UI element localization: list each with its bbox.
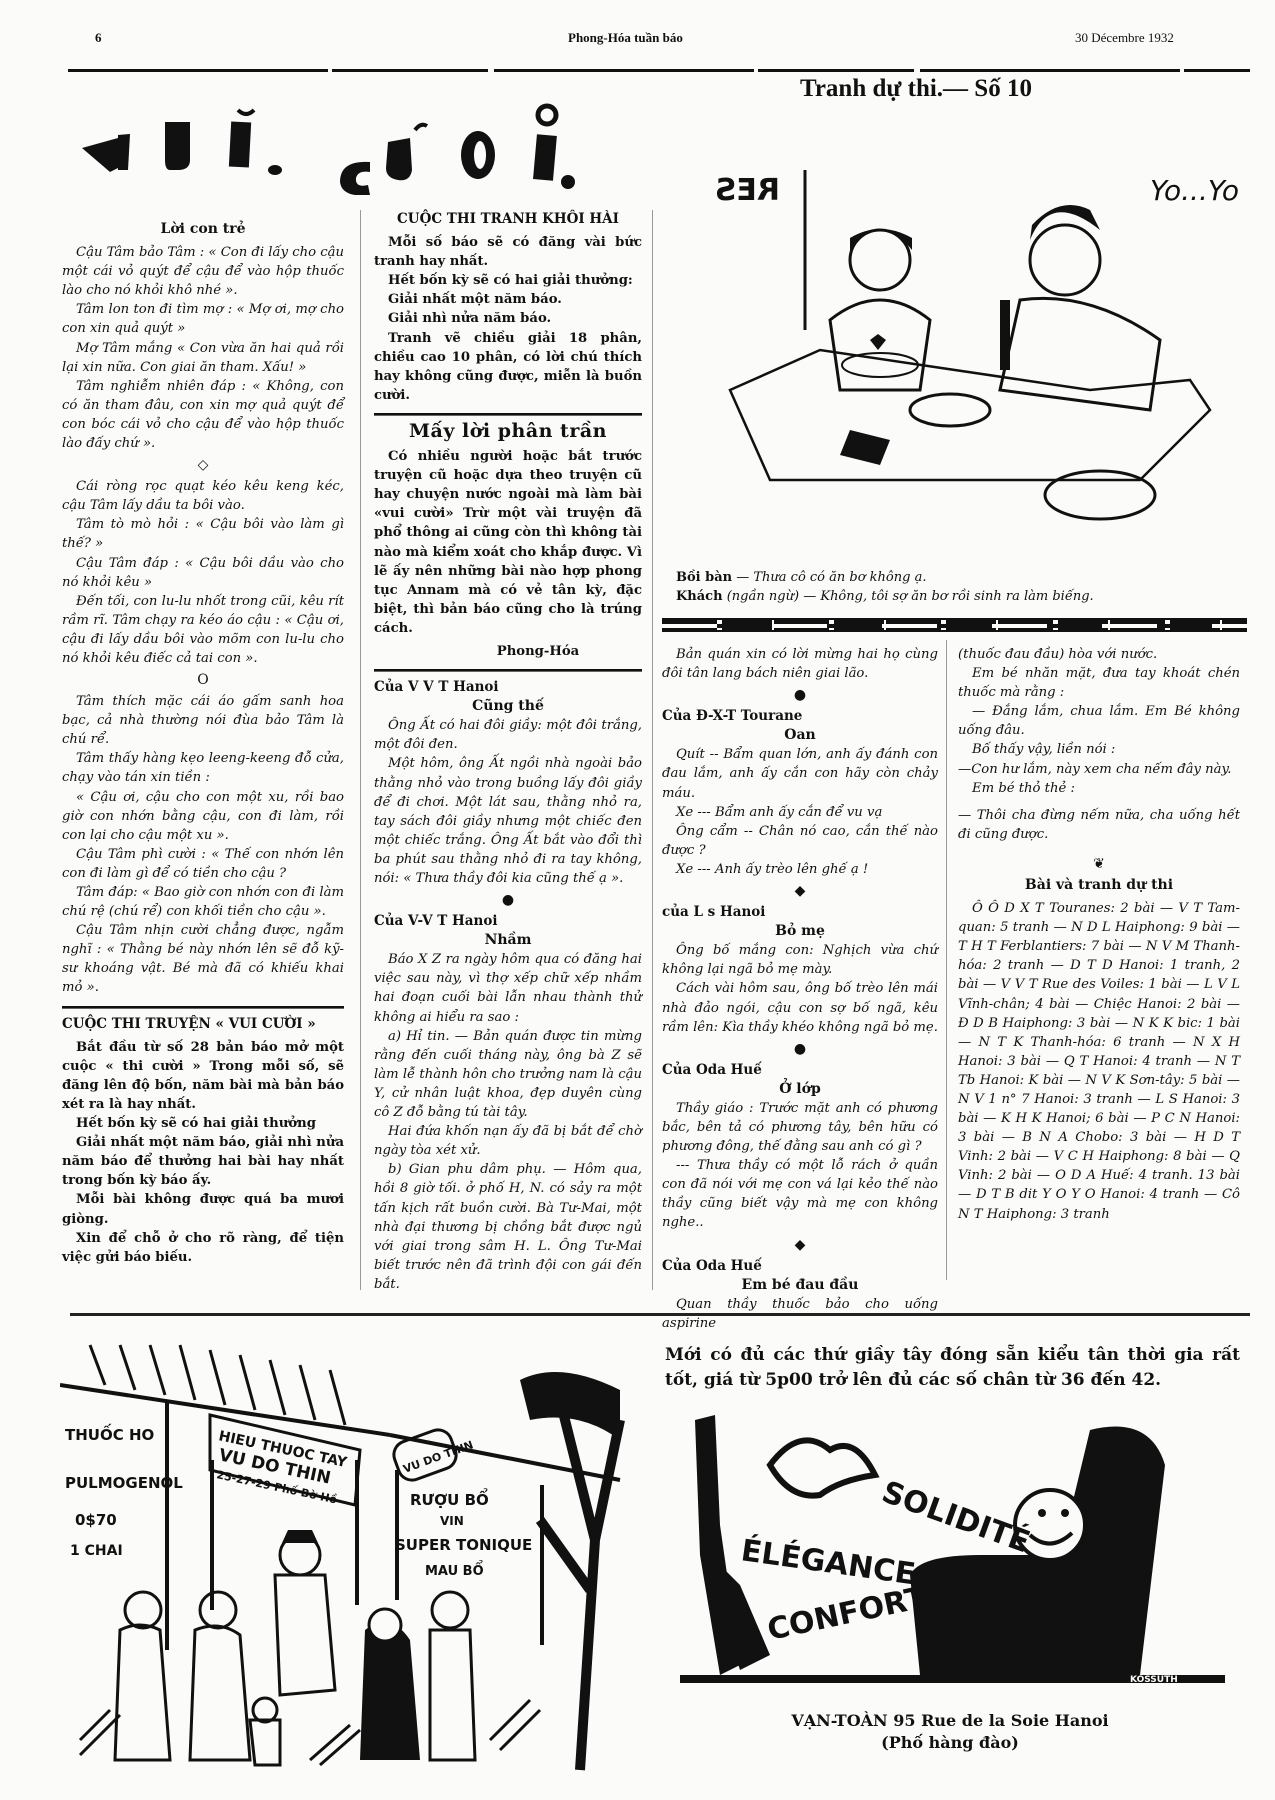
paragraph: Tâm nghiễm nhiên đáp : « Không, con có ă… <box>62 377 344 453</box>
header-rule <box>68 69 1250 72</box>
ornament-diamond-icon: ◇ <box>62 455 344 475</box>
paragraph: Xe --- Anh ấy trèo lên ghế ạ ! <box>662 860 938 879</box>
paragraph: Cậu Tâm nhịn cười chẳng được, ngẫm nghĩ … <box>62 921 344 997</box>
notice-title: Mấy lời phân trần <box>374 422 642 441</box>
svg-text:VIN: VIN <box>440 1514 464 1528</box>
ad-pharmacy-vu-do-thin: HIEU THUOC TAY VU DO THIN 25-27-29 Phố B… <box>60 1340 630 1780</box>
story-title: Bỏ mẹ <box>662 922 938 941</box>
paragraph: --- Thưa thầy có một lỗ rách ở quần con … <box>662 1156 938 1232</box>
paragraph: — Thôi cha đừng nếm nữa, cha uống hết đi… <box>958 806 1240 844</box>
story-title: Cũng thế <box>374 697 642 716</box>
caption-speaker: Bồi bàn <box>676 570 732 585</box>
ornament-diamond-icon: ◆ <box>662 881 938 901</box>
paragraph: Bắt đầu từ số 28 bản báo mở một cuộc « t… <box>62 1038 344 1114</box>
paragraph: Đến tối, con lu-lu nhốt trong cũi, kêu r… <box>62 592 344 668</box>
story-byline: Của V-V T Hanoi <box>374 912 642 931</box>
page-number: 6 <box>95 30 102 46</box>
svg-text:0$70: 0$70 <box>75 1511 117 1529</box>
story-byline: Của Oda Huế <box>662 1257 938 1276</box>
paragraph: Cậu Tâm đáp : « Cậu bôi dầu vào cho nó k… <box>62 554 344 592</box>
ad-shoes-headline: Mới có đủ các thứ giầy tây đóng sẵn kiểu… <box>665 1343 1240 1393</box>
paragraph: Tâm lon ton đi tìm mợ : « Mợ ơi, mợ cho … <box>62 300 344 338</box>
ornament-diamond-icon: ◆ <box>662 1235 938 1255</box>
paragraph: Quít -- Bẩm quan lớn, anh ấy đánh con đa… <box>662 745 938 802</box>
paragraph: Mỗi bài không được quá ba mươi giòng. <box>62 1190 344 1228</box>
svg-text:MAU BỔ: MAU BỔ <box>425 1561 484 1579</box>
story-title: Oan <box>662 726 938 745</box>
story-title: Ở lớp <box>662 1080 938 1099</box>
paragraph: Giải nhất một năm báo, giải nhì nửa năm … <box>62 1133 344 1190</box>
svg-text:ÉLÉGANCE: ÉLÉGANCE <box>739 1532 918 1592</box>
paragraph: (thuốc đau đầu) hòa với nước. <box>958 645 1240 664</box>
ornamental-divider <box>662 618 1247 632</box>
story-title: Nhầm <box>374 931 642 950</box>
caption-text: — Thưa cô có ăn bơ không ạ. <box>736 570 926 585</box>
paragraph: Hai đứa khốn nạn ấy đã bị bắt để chờ ngà… <box>374 1122 642 1160</box>
notice-signature: Phong-Hóa <box>434 642 642 661</box>
ornament-circle-icon: O <box>62 670 344 690</box>
paragraph: Cái ròng rọc quạt kéo kêu keng kéc, cậu … <box>62 477 344 515</box>
paragraph: Cậu Tâm bảo Tâm : « Con đi lấy cho cậu m… <box>62 243 344 300</box>
paragraph: Mỗi số báo sẽ có đăng vài bức tranh hay … <box>374 233 642 271</box>
man-in-armchair-icon: SOLIDITÉ ÉLÉGANCE CONFORT KOSSUTH <box>680 1405 1225 1695</box>
paragraph: Xe --- Bẩm anh ấy cắn để vu vạ <box>662 803 938 822</box>
contest-title-truyen: CUỘC THI TRUYỆN « VUI CƯỜI » <box>62 1015 344 1034</box>
cartoon-caption: Bồi bàn — Thưa cô có ăn bơ không ạ. Khác… <box>676 568 1094 606</box>
paragraph: Báo X Z ra ngày hôm qua có đăng hai việc… <box>374 950 642 1026</box>
contest-title-tranh: CUỘC THI TRANH KHÔI HÀI <box>374 210 642 229</box>
svg-text:Yo...Yo: Yo...Yo <box>1150 174 1239 207</box>
ornament-dot-icon: ● <box>374 890 642 910</box>
column-divider <box>652 210 653 1290</box>
paragraph: Bản quán xin có lời mừng hai họ cùng đôi… <box>662 645 938 683</box>
masthead-lettering-icon <box>70 100 630 195</box>
paragraph: Hết bốn kỳ sẽ có hai giải thưởng: <box>374 271 642 290</box>
paragraph: Cách vài hôm sau, ông bố trèo lên mái nh… <box>662 979 938 1036</box>
entries-title: Bài và tranh dự thi <box>958 876 1240 895</box>
paragraph: Một hôm, ông Ất ngồi nhà ngoài bảo thằng… <box>374 754 642 888</box>
masthead-vui-cuoi <box>70 100 630 195</box>
paragraph: Tâm tò mò hỏi : « Cậu bôi vào làm gì thế… <box>62 515 344 553</box>
issue-date: 30 Décembre 1932 <box>1075 30 1174 46</box>
paragraph: Tâm thích mặc cái áo gấm sanh hoa bạc, c… <box>62 692 344 749</box>
paragraph: Xin để chỗ ở cho rõ ràng, để tiện việc g… <box>62 1229 344 1267</box>
column-divider <box>360 210 361 1290</box>
section-title-loi-con-tre: Lời con trẻ <box>62 220 344 239</box>
paragraph: Ông bố mắng con: Nghịch vừa chứ không lạ… <box>662 941 938 979</box>
column-2: CUỘC THI TRANH KHÔI HÀI Mỗi số báo sẽ có… <box>374 208 642 1294</box>
paragraph: b) Gian phu dâm phụ. — Hôm qua, hồi 8 gi… <box>374 1160 642 1294</box>
paragraph: —Con hư lắm, này xem cha nếm đây này. <box>958 760 1240 779</box>
paragraph: Ông cẩm -- Chân nó cao, cắn thế nào được… <box>662 822 938 860</box>
svg-text:RƯỢU BỔ: RƯỢU BỔ <box>410 1487 489 1509</box>
story-byline: Của V V T Hanoi <box>374 678 642 697</box>
story-byline: của L s Hanoi <box>662 903 938 922</box>
story-byline: Của Oda Huế <box>662 1061 938 1080</box>
publication-name: Phong-Hóa tuần báo <box>568 30 683 46</box>
cartoon-title: Tranh dự thi.— Số 10 <box>800 75 1032 103</box>
paragraph: Giải nhì nửa năm báo. <box>374 309 642 328</box>
cartoon-illustration: RES Yo...Yo <box>670 150 1240 555</box>
shop-address-line2: (Phố hàng đào) <box>650 1732 1250 1754</box>
ornament-flower-icon: ❦ <box>958 854 1240 874</box>
caption-speaker: Khách <box>676 589 723 604</box>
bottom-divider <box>70 1313 1250 1316</box>
paragraph: a) Hỉ tin. — Bản quán được tin mừng rằng… <box>374 1027 642 1122</box>
paragraph: Ông Ất có hai đôi giầy: một đôi trắng, m… <box>374 716 642 754</box>
paragraph: Em bé thỏ thẻ : <box>958 779 1240 798</box>
shop-address-line1: VẠN-TOÀN 95 Rue de la Soie Hanoi <box>650 1710 1250 1732</box>
paragraph: Bố thấy vậy, liền nói : <box>958 740 1240 759</box>
paragraph: Mợ Tâm mắng « Con vừa ăn hai quả rồi lại… <box>62 339 344 377</box>
caption-text: — Không, tôi sợ ăn bơ rồi sinh ra làm bi… <box>803 589 1093 604</box>
story-byline: Của Đ-X-T Tourane <box>662 707 938 726</box>
ad-shoes-illustration: SOLIDITÉ ÉLÉGANCE CONFORT KOSSUTH <box>680 1405 1225 1695</box>
svg-text:SUPER TONIQUE: SUPER TONIQUE <box>395 1536 532 1554</box>
ornament-dot-icon: ● <box>662 1039 938 1059</box>
story-title: Em bé đau đầu <box>662 1276 938 1295</box>
paragraph: Tâm thấy hàng kẹo leeng-keeng đỗ cửa, ch… <box>62 749 344 787</box>
paragraph: Giải nhất một năm báo. <box>374 290 642 309</box>
svg-text:THUỐC HO: THUỐC HO <box>65 1423 154 1444</box>
paragraph: — Đắng lắm, chua lắm. Em Bé không uống đ… <box>958 702 1240 740</box>
svg-text:PULMOGENOL: PULMOGENOL <box>65 1474 183 1492</box>
paragraph: Có nhiều người hoặc bắt trước truyện cũ … <box>374 447 642 638</box>
column-4: (thuốc đau đầu) hòa với nước. Em bé nhăn… <box>958 645 1240 1224</box>
section-divider <box>374 669 642 672</box>
svg-text:SOLIDITÉ: SOLIDITÉ <box>877 1474 1034 1561</box>
paragraph: Cậu Tâm phì cười : « Thế con nhớn lên co… <box>62 845 344 883</box>
svg-text:CONFORT: CONFORT <box>764 1580 929 1648</box>
ad-shoes-address: VẠN-TOÀN 95 Rue de la Soie Hanoi (Phố hà… <box>650 1710 1250 1754</box>
svg-text:RES: RES <box>715 173 780 208</box>
column-3: Bản quán xin có lời mừng hai họ cùng đôi… <box>662 645 938 1333</box>
paragraph: Hết bốn kỳ sẽ có hai giải thưởng <box>62 1114 344 1133</box>
ornament-dot-icon: ● <box>662 685 938 705</box>
paragraph: Em bé nhăn mặt, đưa tay khoát chén thuốc… <box>958 664 1240 702</box>
paragraph: « Cậu ơi, cậu cho con một xu, rồi bao gi… <box>62 788 344 845</box>
entries-list: Ô Ô D X T Touranes: 2 bài — V T Tam-quan… <box>958 899 1240 1224</box>
paragraph: Thầy giáo : Trước mặt anh có phương bắc,… <box>662 1099 938 1156</box>
svg-text:KOSSUTH: KOSSUTH <box>1130 1675 1178 1685</box>
column-1: Lời con trẻ Cậu Tâm bảo Tâm : « Con đi l… <box>62 218 344 1267</box>
restaurant-scene-icon: RES Yo...Yo <box>670 150 1240 555</box>
paragraph: Tâm đáp: « Bao giờ con nhớn con đi làm c… <box>62 883 344 921</box>
caption-aside: (ngần ngừ) <box>727 589 799 604</box>
svg-text:1 CHAI: 1 CHAI <box>70 1543 123 1559</box>
paragraph: Tranh vẽ chiều giải 18 phân, chiều cao 1… <box>374 329 642 405</box>
section-divider <box>374 413 642 416</box>
column-divider <box>946 640 947 1280</box>
pharmacy-storefront-icon: HIEU THUOC TAY VU DO THIN 25-27-29 Phố B… <box>60 1340 630 1780</box>
section-divider <box>62 1006 344 1009</box>
